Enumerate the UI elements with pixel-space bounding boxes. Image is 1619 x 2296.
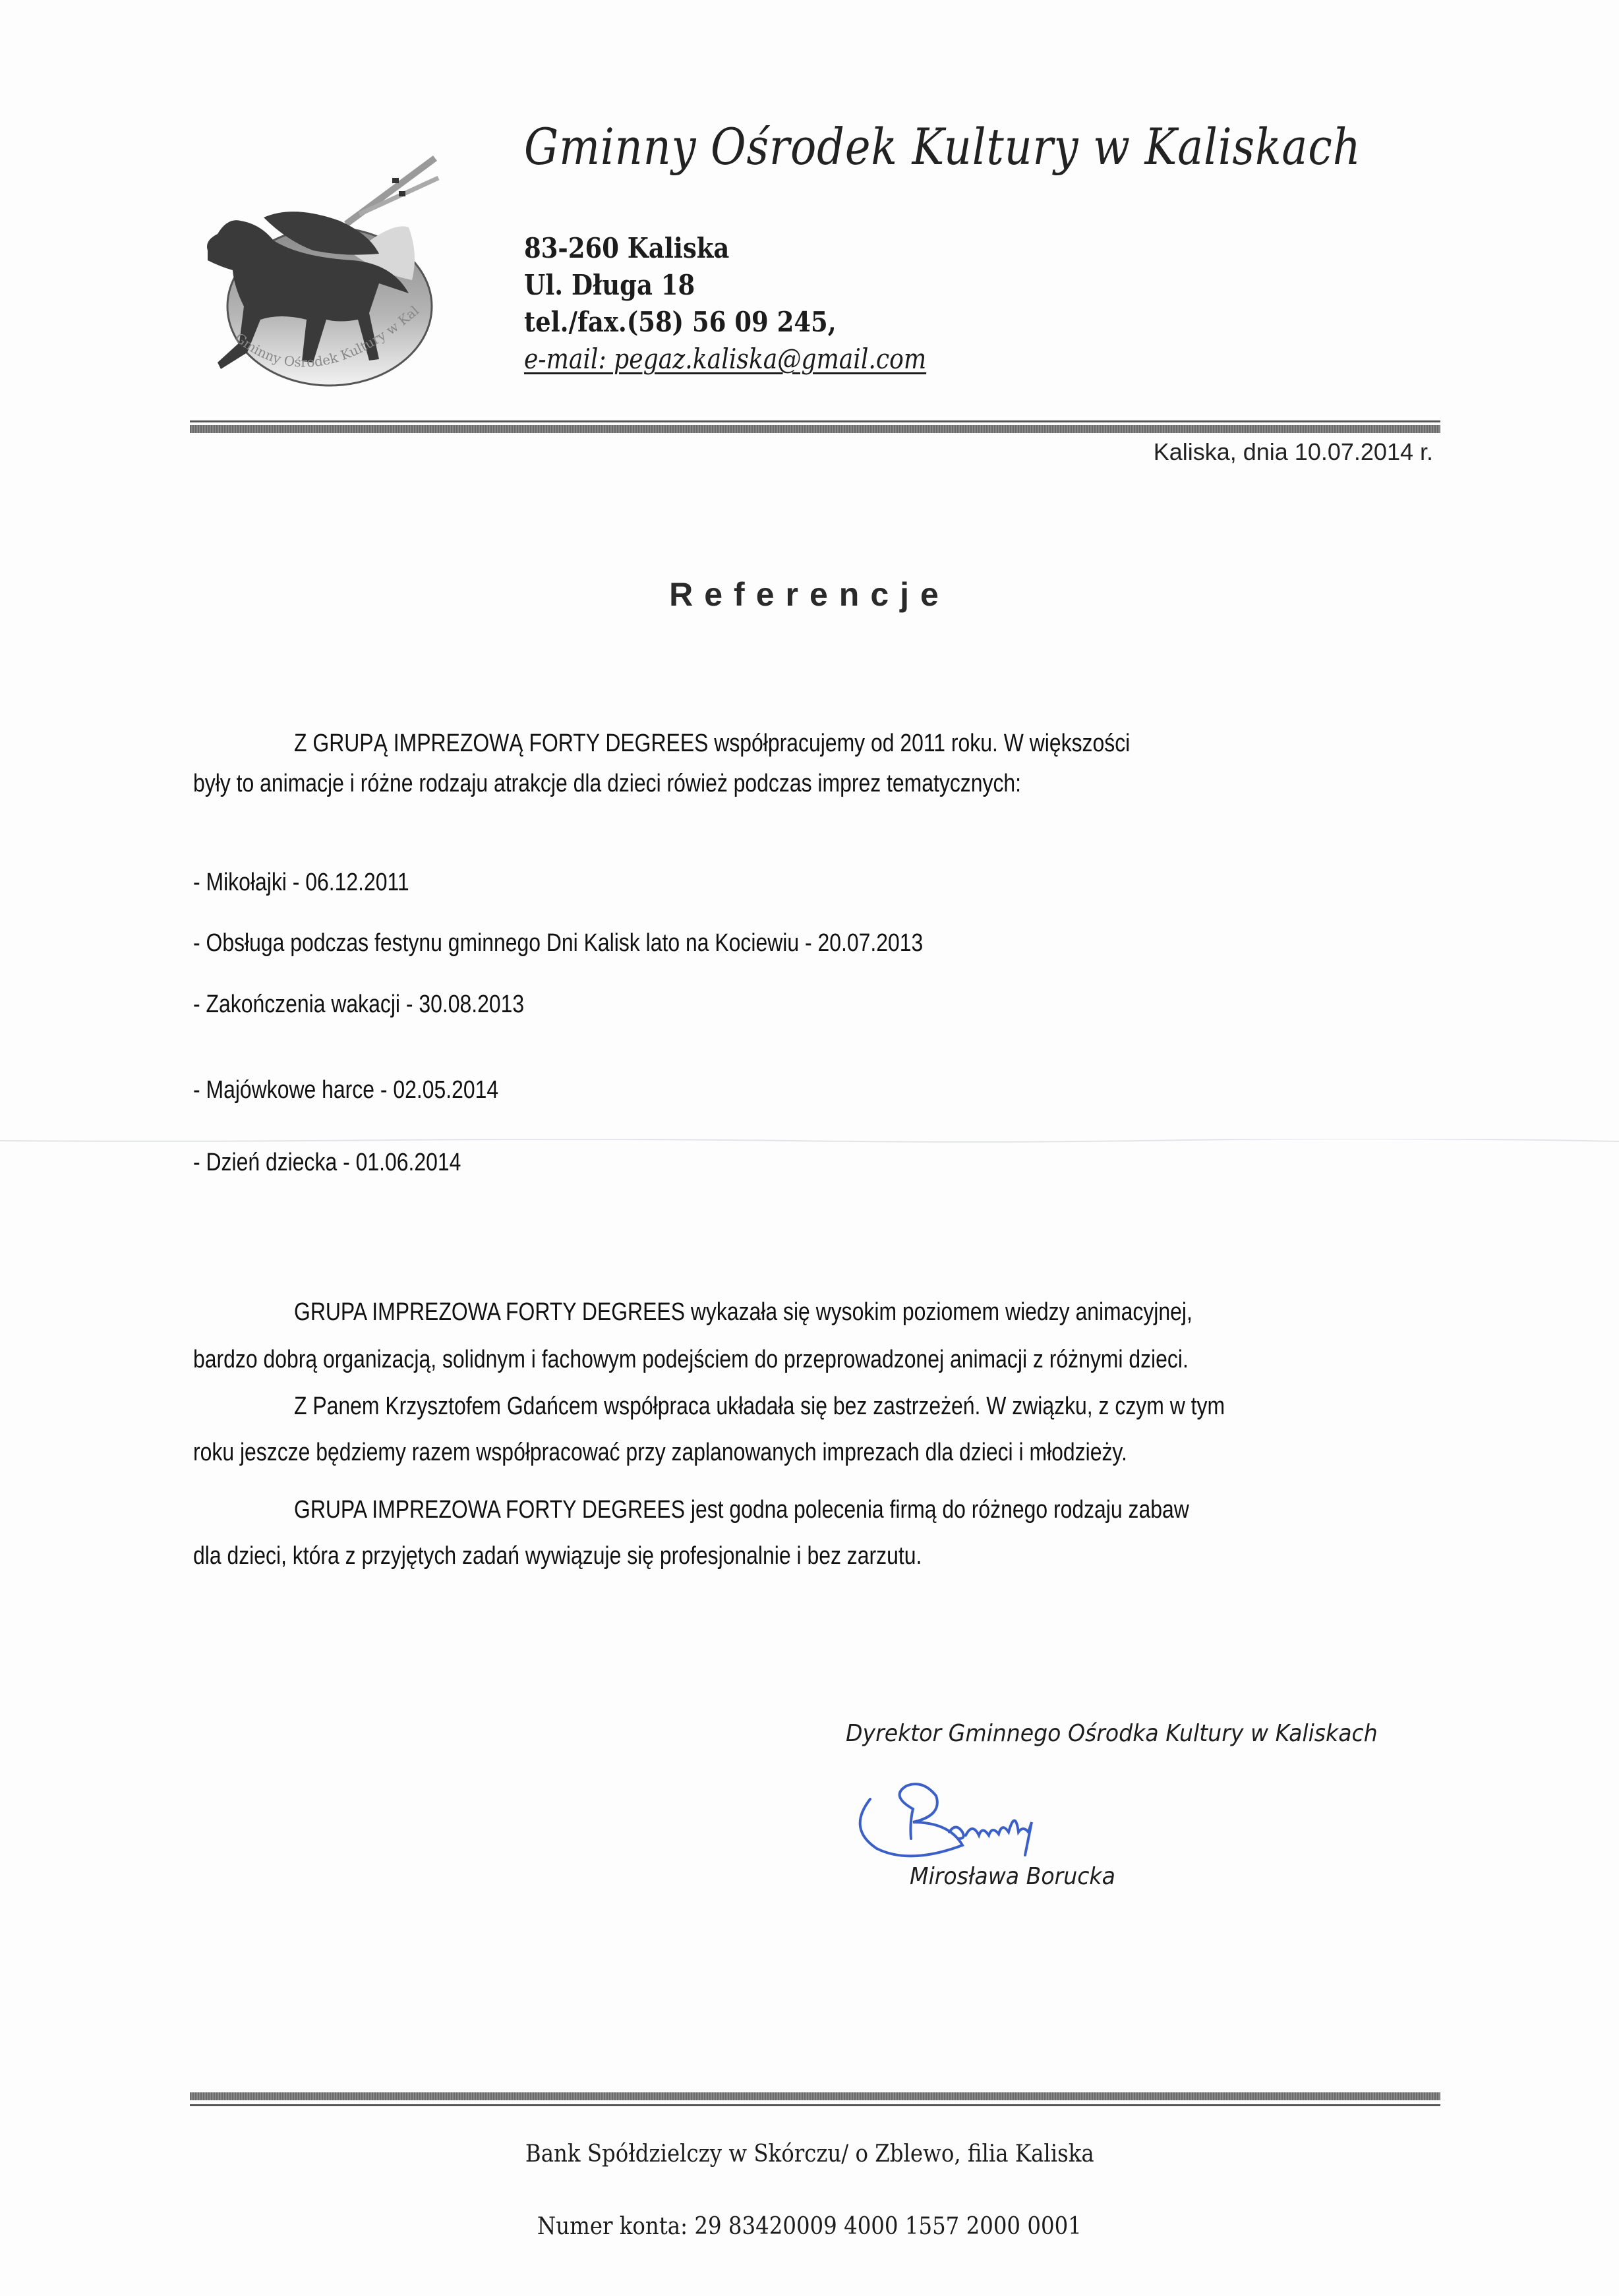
email-link[interactable]: e-mail: pegaz.kaliska@gmail.com (524, 343, 926, 375)
paragraph-1-line-1: Z GRUPĄ IMPREZOWĄ FORTY DEGREES współpra… (294, 730, 1130, 758)
signatory-name: Mirosława Borucka (910, 1863, 1115, 1890)
event-list-item: - Zakończenia wakacji - 30.08.2013 (193, 990, 524, 1019)
letter-date: Kaliska, dnia 10.07.2014 r. (1154, 438, 1433, 466)
footer-divider-thin (190, 2104, 1440, 2106)
signatory-title: Dyrektor Gminnego Ośrodka Kultury w Kali… (846, 1720, 1378, 1747)
postal-address: 83-260 Kaliska (524, 232, 729, 264)
header-divider-thin (190, 420, 1440, 422)
event-list-item: - Majówkowe harce - 02.05.2014 (193, 1076, 498, 1105)
event-list-item: - Dzień dziecka - 01.06.2014 (193, 1149, 461, 1177)
paragraph-4-line-2: dla dzieci, która z przyjętych zadań wyw… (193, 1542, 922, 1570)
footer-divider-thick (190, 2092, 1440, 2100)
event-list-item: - Mikołajki - 06.12.2011 (193, 869, 409, 897)
bank-account-text: Numer konta: 29 83420009 4000 1557 2000 … (537, 2213, 1082, 2240)
paragraph-3-line-2: roku jeszcze będziemy razem współpracowa… (193, 1439, 1127, 1467)
handwritten-signature-icon (850, 1769, 1167, 1868)
paragraph-3-line-1: Z Panem Krzysztofem Gdańcem współpraca u… (294, 1392, 1225, 1421)
street-address: Ul. Długa 18 (524, 269, 695, 301)
event-list-item: - Obsługa podczas festynu gminnego Dni K… (193, 929, 923, 958)
paragraph-1-line-2: były to animacje i różne rodzaju atrakcj… (193, 770, 1021, 798)
letter-heading: Referencje (0, 575, 1619, 614)
bank-name: Bank Spółdzielczy w Skórczu/ o Zblewo, f… (0, 2140, 1619, 2167)
paragraph-2-line-1: GRUPA IMPREZOWA FORTY DEGREES wykazała s… (294, 1298, 1192, 1327)
organization-title: Gminny Ośrodek Kultury w Kaliskach (524, 117, 1361, 176)
header-divider-thick (190, 425, 1440, 433)
paragraph-4-line-1: GRUPA IMPREZOWA FORTY DEGREES jest godna… (294, 1496, 1189, 1524)
pegasus-logo-icon: Gminny Ośrodek Kultury w Kaliskach (181, 142, 458, 405)
paper-fold-crease (0, 1139, 1619, 1143)
phone-fax: tel./fax.(58) 56 09 245, (524, 306, 837, 338)
bank-name-text: Bank Spółdzielczy w Skórczu/ o Zblewo, f… (525, 2140, 1094, 2167)
paragraph-2-line-2: bardzo dobrą organizacją, solidnym i fac… (193, 1346, 1189, 1374)
bank-account-number: Numer konta: 29 83420009 4000 1557 2000 … (0, 2213, 1619, 2240)
